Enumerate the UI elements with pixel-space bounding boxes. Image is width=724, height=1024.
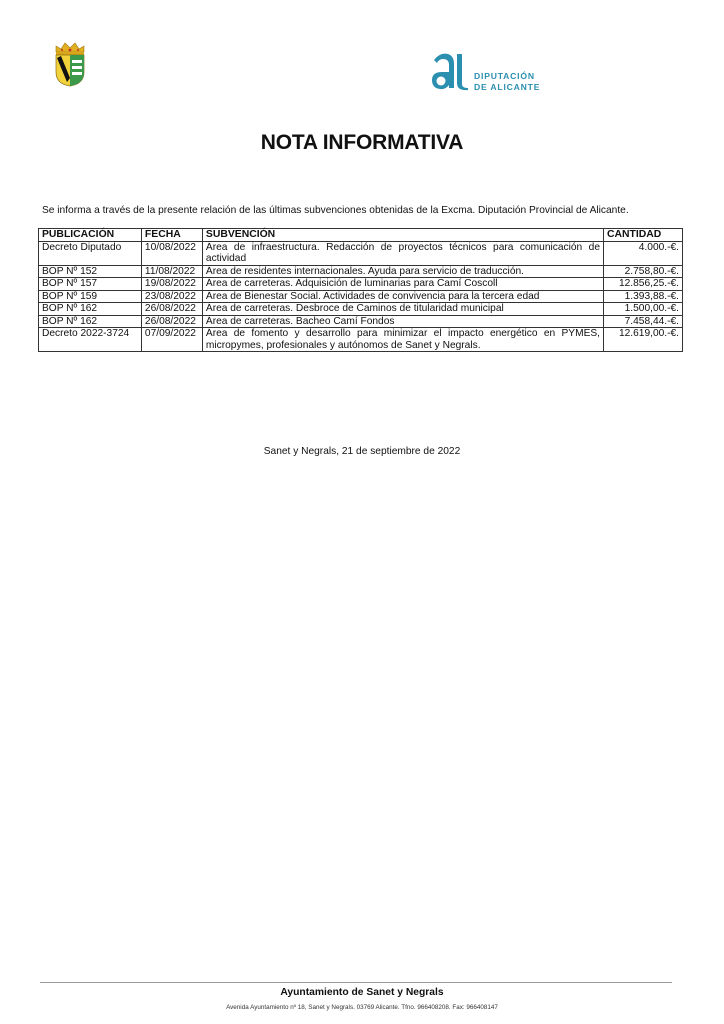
cell-fecha: 26/08/2022 xyxy=(141,303,202,316)
cell-cantidad: 12.619,00.-€. xyxy=(604,328,683,352)
cell-publicacion: BOP Nº 152 xyxy=(39,265,142,278)
cell-publicacion: Decreto 2022-3724 xyxy=(39,328,142,352)
footer-divider xyxy=(40,982,672,983)
cell-cantidad: 1.393,88.-€. xyxy=(604,290,683,303)
cell-publicacion: BOP Nº 157 xyxy=(39,278,142,291)
intro-text: Se informa a través de la presente relac… xyxy=(42,205,629,216)
cell-fecha: 11/08/2022 xyxy=(141,265,202,278)
brand-text: DIPUTACIÓN DE ALICANTE xyxy=(474,71,540,93)
cell-cantidad: 1.500,00.-€. xyxy=(604,303,683,316)
cell-cantidad: 2.758,80.-€. xyxy=(604,265,683,278)
cell-subvencion: Área de fomento y desarrollo para minimi… xyxy=(202,328,603,352)
al-monogram-icon xyxy=(430,50,472,94)
cell-fecha: 23/08/2022 xyxy=(141,290,202,303)
table-row: BOP Nº 15719/08/2022Área de carreteras. … xyxy=(39,278,683,291)
place-date-line: Sanet y Negrals, 21 de septiembre de 202… xyxy=(0,446,724,457)
cell-subvencion: Área de residentes internacionales. Ayud… xyxy=(202,265,603,278)
diputacion-alicante-logo: DIPUTACIÓN DE ALICANTE xyxy=(430,50,550,94)
cell-publicacion: Decreto Diputado xyxy=(39,241,142,265)
cell-fecha: 19/08/2022 xyxy=(141,278,202,291)
brand-line-2: DE ALICANTE xyxy=(474,82,540,93)
cell-publicacion: BOP Nº 162 xyxy=(39,303,142,316)
page-title: NOTA INFORMATIVA xyxy=(0,131,724,155)
coat-of-arms-logo xyxy=(50,40,90,88)
header-fecha: FECHA xyxy=(141,229,202,242)
table-row: Decreto Diputado10/08/2022Área de infrae… xyxy=(39,241,683,265)
brand-line-1: DIPUTACIÓN xyxy=(474,71,540,82)
coat-of-arms-icon xyxy=(50,40,90,88)
table-row: BOP Nº 16226/08/2022Área de carreteras. … xyxy=(39,303,683,316)
cell-subvencion: Área de carreteras. Bacheo Camí Fondos xyxy=(202,315,603,328)
cell-fecha: 10/08/2022 xyxy=(141,241,202,265)
table-row: Decreto 2022-372407/09/2022Área de fomen… xyxy=(39,328,683,352)
table-row: BOP Nº 15923/08/2022Área de Bienestar So… xyxy=(39,290,683,303)
cell-fecha: 07/09/2022 xyxy=(141,328,202,352)
cell-subvencion: Área de carreteras. Desbroce de Caminos … xyxy=(202,303,603,316)
footer-organization: Ayuntamiento de Sanet y Negrals xyxy=(0,987,724,998)
cell-subvencion: Área de Bienestar Social. Actividades de… xyxy=(202,290,603,303)
header-cantidad: CANTIDAD xyxy=(604,229,683,242)
cell-cantidad: 4.000.-€. xyxy=(604,241,683,265)
table-row: BOP Nº 16226/08/2022Área de carreteras. … xyxy=(39,315,683,328)
footer-address: Avenida Ayuntamiento nº 18, Sanet y Negr… xyxy=(0,1004,724,1011)
grants-table: PUBLICACIÓN FECHA SUBVENCIÓN CANTIDAD De… xyxy=(38,228,683,352)
cell-subvencion: Área de infraestructura. Redacción de pr… xyxy=(202,241,603,265)
header-publicacion: PUBLICACIÓN xyxy=(39,229,142,242)
table-header-row: PUBLICACIÓN FECHA SUBVENCIÓN CANTIDAD xyxy=(39,229,683,242)
cell-fecha: 26/08/2022 xyxy=(141,315,202,328)
cell-publicacion: BOP Nº 159 xyxy=(39,290,142,303)
header-subvencion: SUBVENCIÓN xyxy=(202,229,603,242)
cell-subvencion: Área de carreteras. Adquisición de lumin… xyxy=(202,278,603,291)
cell-cantidad: 7.458,44.-€. xyxy=(604,315,683,328)
cell-cantidad: 12.856,25.-€. xyxy=(604,278,683,291)
cell-publicacion: BOP Nº 162 xyxy=(39,315,142,328)
table-row: BOP Nº 15211/08/2022Área de residentes i… xyxy=(39,265,683,278)
